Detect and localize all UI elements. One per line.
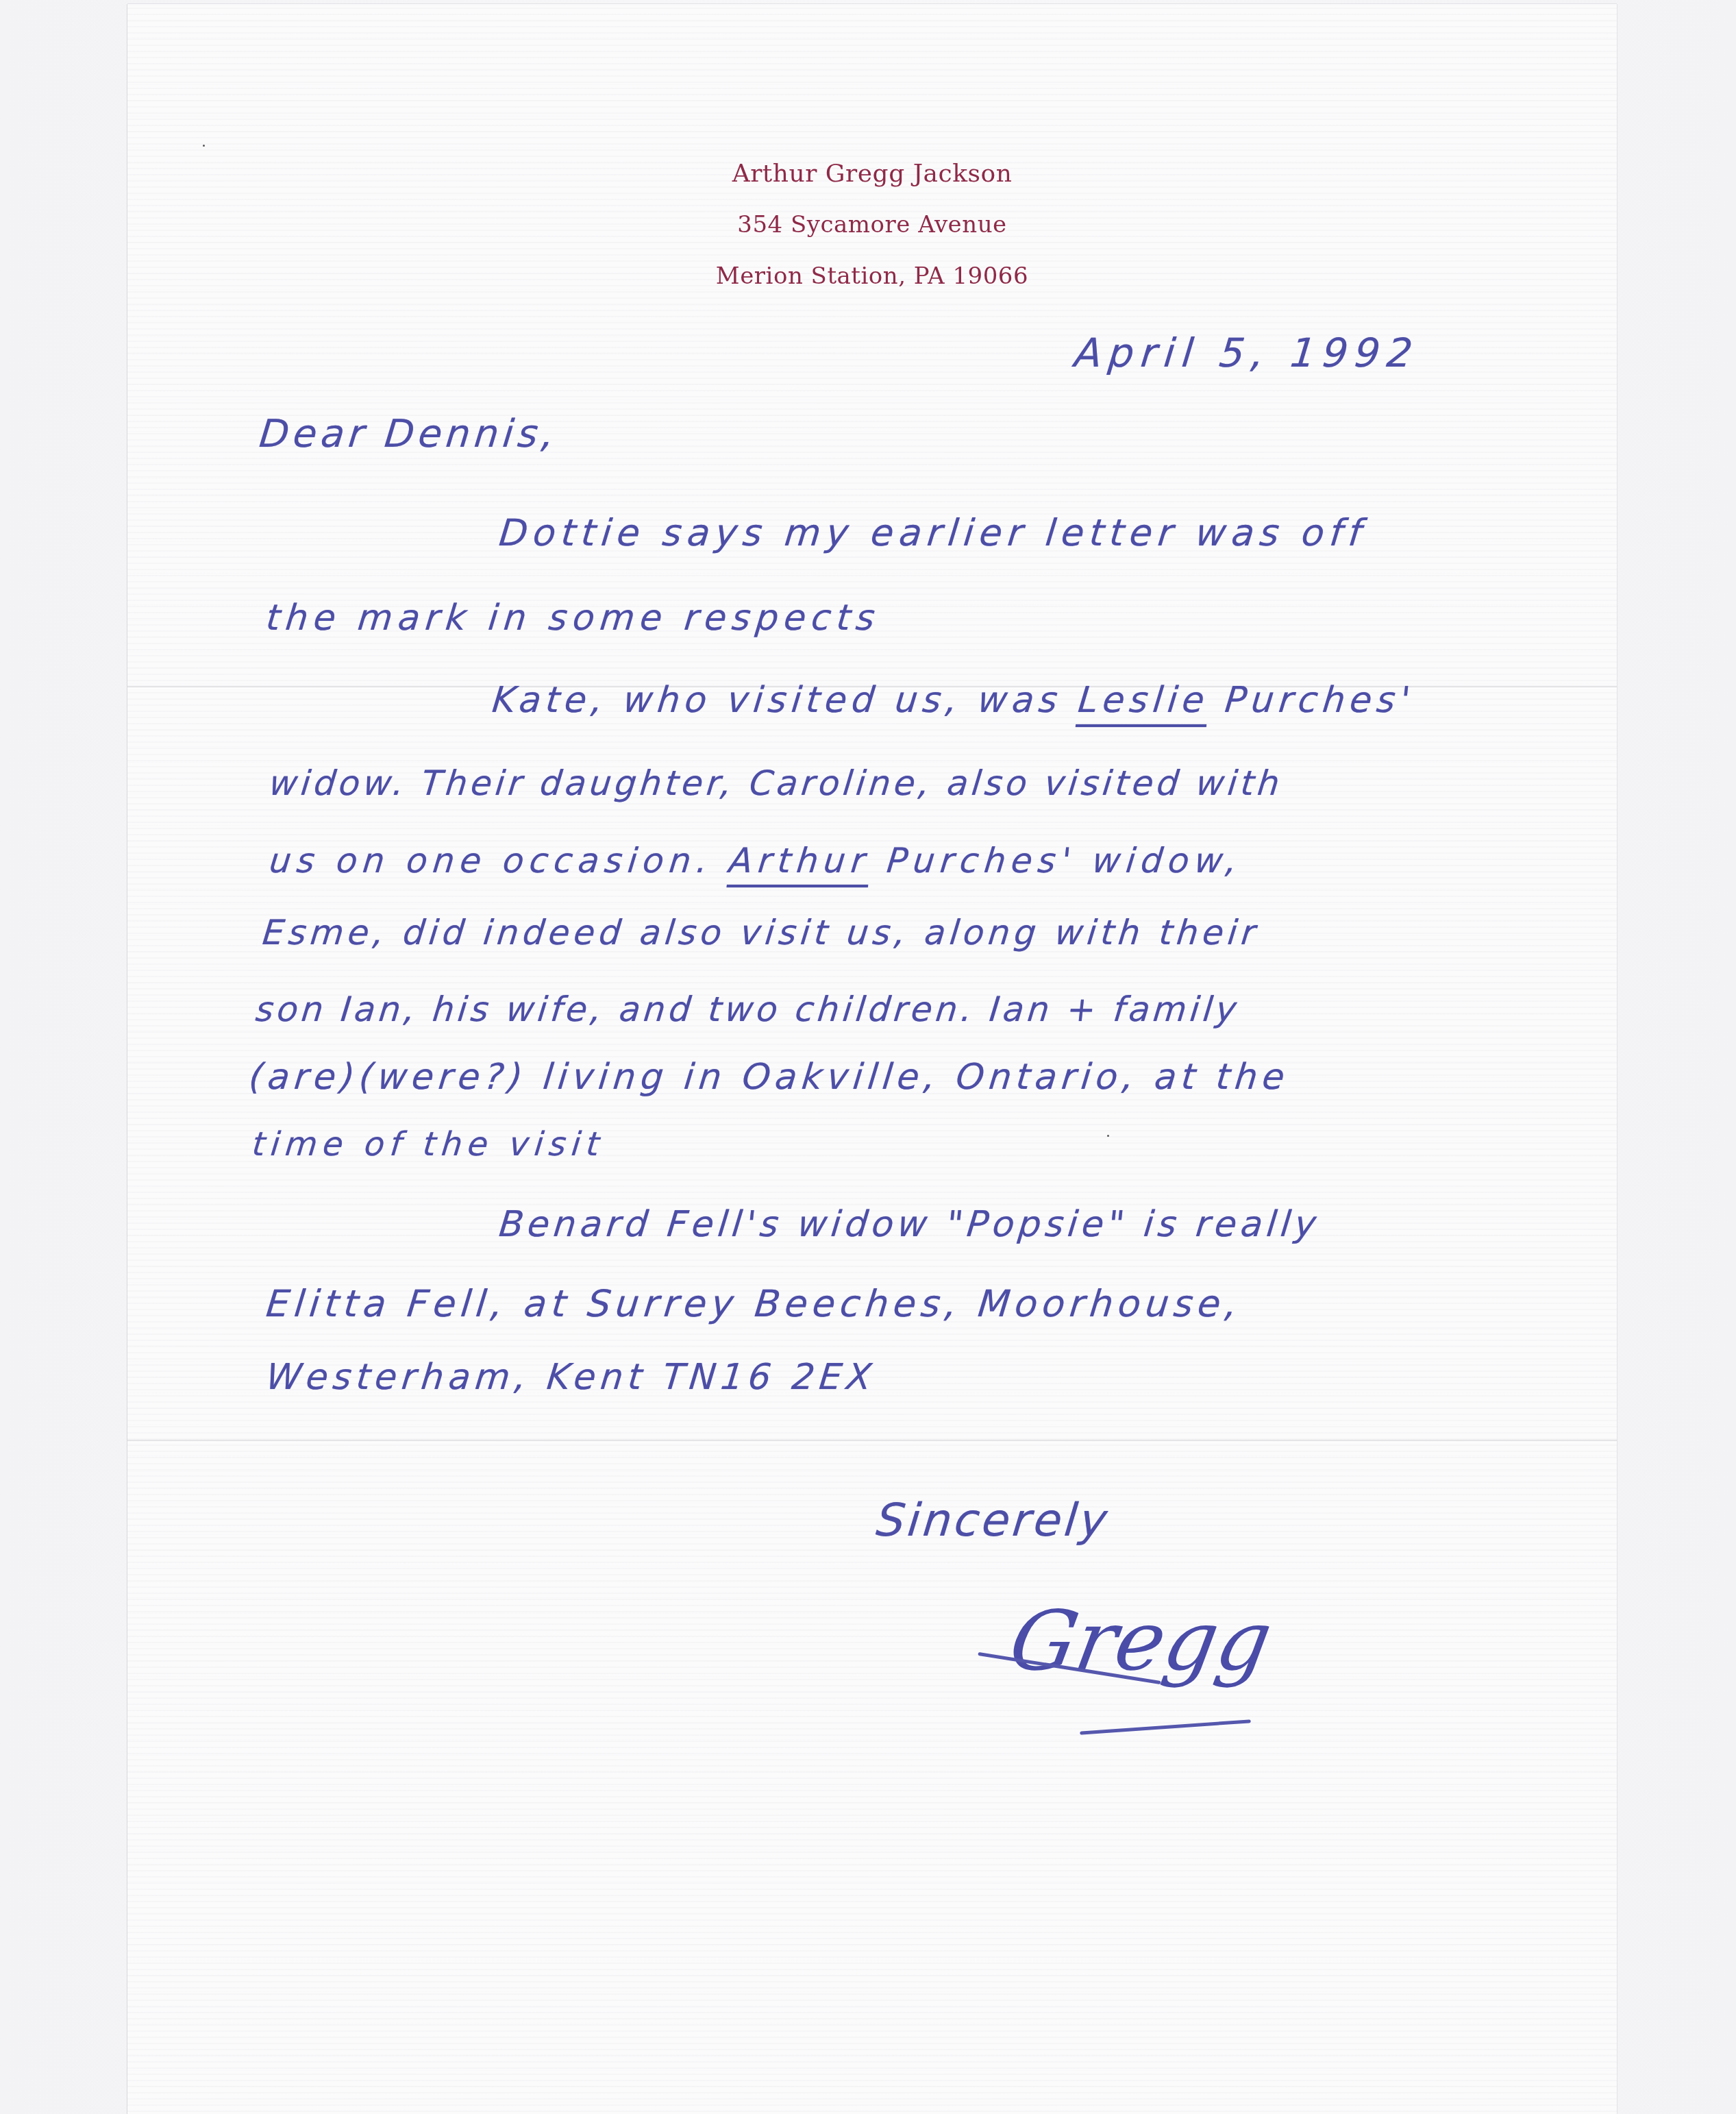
signature: Gregg (1004, 1601, 1277, 1683)
paragraph2-line3: us on one occasion. Arthur Purches' wido… (268, 844, 1244, 878)
letter-date: April 5, 1992 (1073, 333, 1421, 373)
paragraph2-line3-pre: us on one occasion. (268, 841, 732, 881)
underlined-name-arthur: Arthur (728, 841, 873, 881)
paragraph1-line1: Dottie says my earlier letter was off (497, 515, 1369, 552)
salutation: Dear Dennis, (258, 415, 560, 454)
paragraph2-line6: (are)(were?) living in Oakville, Ontario… (247, 1059, 1291, 1095)
paragraph3-line2: Elitta Fell, at Surrey Beeches, Moorhous… (264, 1286, 1244, 1323)
paragraph2-line2: widow. Their daughter, Caroline, also vi… (268, 766, 1285, 800)
letterhead-street: 354 Sycamore Avenue (127, 213, 1617, 236)
letterhead-city: Merion Station, PA 19066 (127, 265, 1617, 288)
paragraph3-line3: Westerham, Kent TN16 2EX (264, 1360, 878, 1395)
letter-paper: Arthur Gregg Jackson 354 Sycamore Avenue… (127, 4, 1617, 2114)
underlined-name-leslie: Leslie (1076, 680, 1211, 721)
paragraph2-line1-pre: Kate, who visited us, was (491, 680, 1080, 721)
paragraph2-line1: Kate, who visited us, was Leslie Purches… (491, 683, 1417, 718)
paragraph2-line5: son Ian, his wife, and two children. Ian… (254, 992, 1241, 1027)
paragraph2-line3-post: Purches' widow, (869, 841, 1245, 881)
paragraph2-line7: time of the visit (251, 1128, 606, 1161)
letterhead-name: Arthur Gregg Jackson (127, 162, 1617, 186)
closing: Sincerely (874, 1498, 1112, 1543)
paragraph1-line2: the mark in some respects (264, 600, 882, 636)
signature-underline (1080, 1719, 1251, 1734)
paragraph2-line4: Esme, did indeed also visit us, along wi… (261, 915, 1261, 950)
paragraph2-line1-post: Purches' (1207, 680, 1417, 721)
fold-crease-lower (127, 1439, 1617, 1443)
paper-speck (203, 145, 205, 147)
paragraph3-line1: Benard Fell's widow "Popsie" is really (497, 1207, 1322, 1242)
paper-speck (1107, 1135, 1109, 1137)
